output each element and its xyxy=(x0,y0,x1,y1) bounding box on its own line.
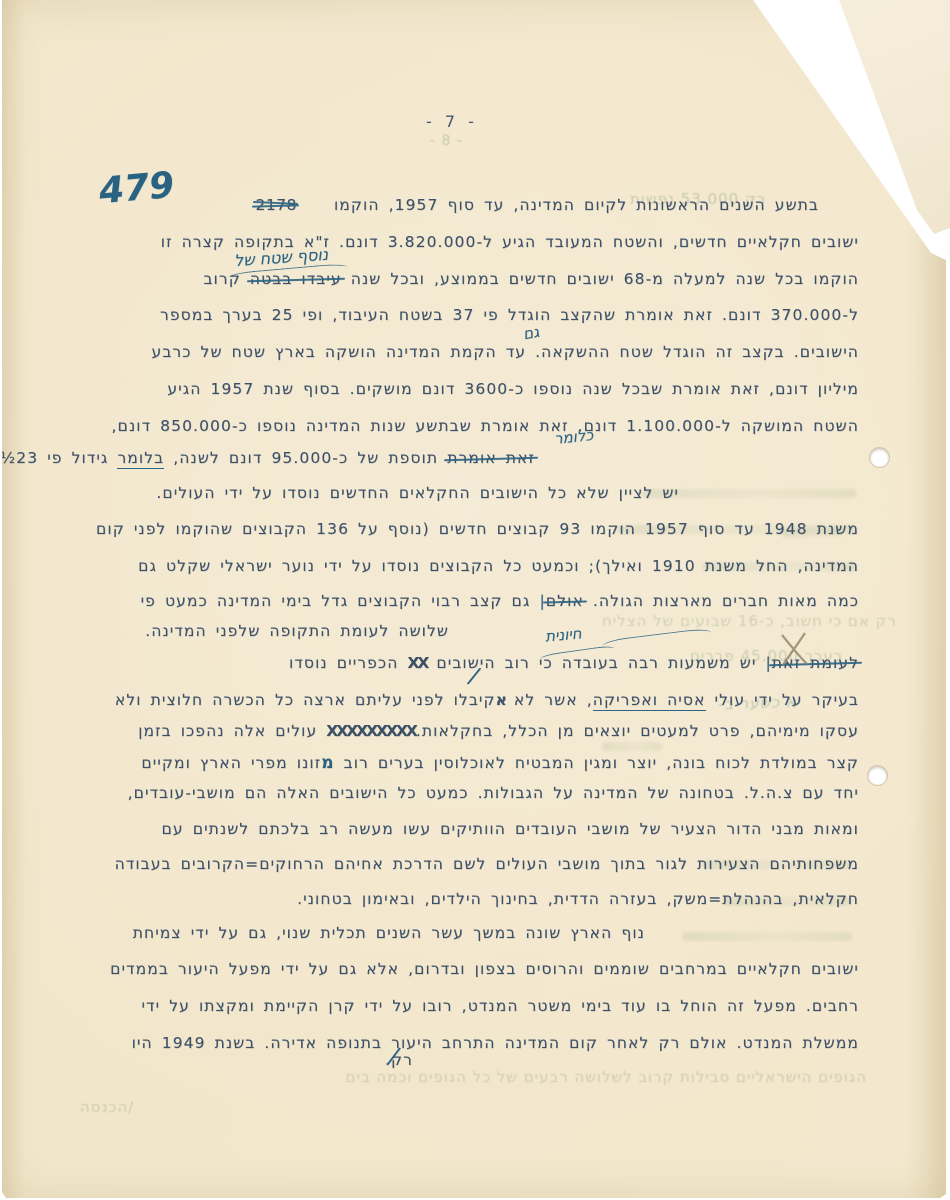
typed-text: משנת 1948 עד סוף 1957 הוקמו 93 קבוצים חד… xyxy=(96,520,859,538)
typed-text: יש לציין שלא כל הישובים החקלאים החדשים נ… xyxy=(156,484,679,502)
scanned-document: - 7 - - 8 - רק 53.000 נפשות רק אם כי חשו… xyxy=(0,0,950,1200)
handwritten-number-479: 479 xyxy=(97,165,175,212)
typed-line: המדינה, החל משנת 1910 ואילך); וכמעט כל ה… xyxy=(138,557,859,575)
typed-strikeout-xs: XX xyxy=(407,654,427,672)
typed-strikeout-xs: א xyxy=(496,691,505,709)
typed-text: עסקו מימיהם, פרט למעטים יוצאים מן הכלל, … xyxy=(416,722,859,740)
typed-text: ממשלת המנדט. אולם רק לאחר קום המדינה התר… xyxy=(132,1034,859,1052)
typed-text: יש משמעות רבה בעובדה כי רוב הישובים xyxy=(436,654,756,672)
typed-text: ישובים חקלאיים במרחבים שוממים והרוסים בצ… xyxy=(110,960,859,978)
typed-text: מיליון דונם, זאת אומרת שבכל שנה נוספו כ-… xyxy=(167,380,859,398)
bleedthrough-line: רק אם כי חשוב, כ-16 שבועים של הצליח xyxy=(602,612,897,630)
struck-text: אולם xyxy=(546,592,584,610)
typed-line: שלושה לעומת התקופה שלפני המדינה. xyxy=(145,622,449,640)
typed-line: זאת אומרת תוספת של כ-95.000 דונם לשנה, ב… xyxy=(0,449,535,467)
typed-line: קצר במולדת לכוח בונה, יוצר ומגין המבטיח … xyxy=(141,753,859,773)
typed-line: ישובים חקלאיים במרחבים שוממים והרוסים בצ… xyxy=(110,960,859,978)
typed-text: המדינה, החל משנת 1910 ואילך); וכמעט כל ה… xyxy=(138,557,859,575)
bleedthrough-smudge xyxy=(682,932,852,941)
typed-line: יש לציין שלא כל הישובים החקלאים החדשים נ… xyxy=(156,484,679,502)
bleedthrough-smudge xyxy=(602,742,662,751)
typed-text: הכפריים נוסדו xyxy=(289,654,398,672)
typed-line: הישובים. בקצב זה הוגדל שטח ההשקאה. עד הק… xyxy=(152,343,859,361)
typed-line: משנת 1948 עד סוף 1957 הוקמו 93 קבוצים חד… xyxy=(96,520,859,538)
handwritten-insertion-gam: גם xyxy=(522,323,541,344)
typed-text: גם קצב רבוי הקבוצים גדל בימי המדינה כמעט… xyxy=(141,592,531,610)
struck-text: זאת אומרת xyxy=(447,449,535,467)
punch-hole xyxy=(868,766,887,785)
typed-text: רחבים. מפעל זה הוחל בו עוד בימי משטר המנ… xyxy=(141,997,859,1015)
typed-line: בתשע השנים הראשונות לקיום המדינה, עד סוף… xyxy=(255,196,819,214)
underlined-text: בלומר xyxy=(117,449,164,469)
typed-text: ומאות מבני הדור הצעיר של מושבי העובדים ה… xyxy=(161,820,859,838)
struck-number: 2178 xyxy=(255,196,296,214)
typed-line: ממשלת המנדט. אולם רק לאחר קום המדינה התר… xyxy=(132,1034,859,1052)
typed-text: עולים אלה נהפכו בזמן xyxy=(138,722,317,740)
typed-line: ומאות מבני הדור הצעיר של מושבי העובדים ה… xyxy=(161,820,859,838)
underlined-text: אסיה ואפריקה xyxy=(593,691,706,711)
typed-line: מיליון דונם, זאת אומרת שבכל שנה נוספו כ-… xyxy=(167,380,859,398)
typed-text: בתשע השנים הראשונות לקיום המדינה, עד סוף… xyxy=(334,196,819,214)
typed-text: זונו מפרי הארץ ומקיים xyxy=(141,754,321,772)
typed-text: ל-370.000 דונם. זאת אומרת שהקצב הוגדל פי… xyxy=(160,306,859,324)
handwritten-letter-mem: מ xyxy=(321,753,334,773)
typed-text: קיבלו לפני עליתם ארצה כל הכשרה חלוצית ול… xyxy=(115,691,496,709)
bleedthrough-page-number: - 8 - xyxy=(430,133,463,149)
typed-line: משפחותיהם הצעירות לגור בתוך מושבי העולים… xyxy=(115,855,859,873)
typed-text: , אשר לא xyxy=(514,691,593,709)
typed-line: עסקו מימיהם, פרט למעטים יוצאים מן הכלל, … xyxy=(138,722,859,740)
typed-text: גידול פי 23½. xyxy=(0,449,108,467)
typed-line: כמה מאות חברים מארצות הגולה. אולם| גם קצ… xyxy=(141,592,859,610)
bleedthrough-line: /הכנסה xyxy=(80,1098,134,1116)
punch-hole xyxy=(870,448,889,467)
typed-line: רחבים. מפעל זה הוחל בו עוד בימי משטר המנ… xyxy=(141,997,859,1015)
typed-strikeout-xs: XXXXXXXXX xyxy=(326,722,416,740)
typed-line: חקלאית, בהנהלת=משק, בעזרה הדדית, בחינוך … xyxy=(297,890,859,908)
typewritten-page: - 7 - - 8 - רק 53.000 נפשות רק אם כי חשו… xyxy=(2,0,946,1198)
typed-text: הוקמו בכל שנה למעלה מ-68 ישובים חדשים במ… xyxy=(351,270,859,288)
page-number: - 7 - xyxy=(426,112,478,131)
typed-text: נוף הארץ שונה במשך עשר השנים תכלית שנוי,… xyxy=(133,924,645,942)
handwritten-insertion-kelomar: כלומר xyxy=(553,426,594,448)
typed-line: ל-370.000 דונם. זאת אומרת שהקצב הוגדל פי… xyxy=(160,306,859,324)
typed-line: נוף הארץ שונה במשך עשר השנים תכלית שנוי,… xyxy=(133,924,645,942)
typed-text: משפחותיהם הצעירות לגור בתוך מושבי העולים… xyxy=(115,855,859,873)
bleedthrough-line: הגופים הישראליים סבילות קרוב לשלושה רבעי… xyxy=(97,1068,867,1086)
typed-line: בעיקר על ידי עולי אסיה ואפריקה, אשר לא א… xyxy=(115,691,859,709)
handwritten-insertion-word: חיונית xyxy=(544,624,582,645)
typed-line: יחד עם צ.ה.ל. בטחונה של המדינה על הגבולו… xyxy=(128,784,859,802)
typed-text: השטח המושקה ל-1.100.000 דונם. זאת אומרת … xyxy=(112,417,859,435)
typed-text: יחד עם צ.ה.ל. בטחונה של המדינה על הגבולו… xyxy=(128,784,859,802)
typed-text: שלושה לעומת התקופה שלפני המדינה. xyxy=(145,622,449,640)
typed-text: תוספת של כ-95.000 דונם לשנה, xyxy=(173,449,438,467)
typed-line: השטח המושקה ל-1.100.000 דונם. זאת אומרת … xyxy=(112,417,859,435)
typed-text: חקלאית, בהנהלת=משק, בעזרה הדדית, בחינוך … xyxy=(297,890,859,908)
typed-text: קצר במולדת לכוח בונה, יוצר ומגין המבטיח … xyxy=(344,754,859,772)
typed-text: בעיקר על ידי עולי xyxy=(715,691,859,709)
pencil-x-mark xyxy=(777,630,811,668)
typed-text: הישובים. בקצב זה הוגדל שטח ההשקאה. עד הק… xyxy=(152,343,859,361)
typed-text: כמה מאות חברים מארצות הגולה. xyxy=(593,592,859,610)
